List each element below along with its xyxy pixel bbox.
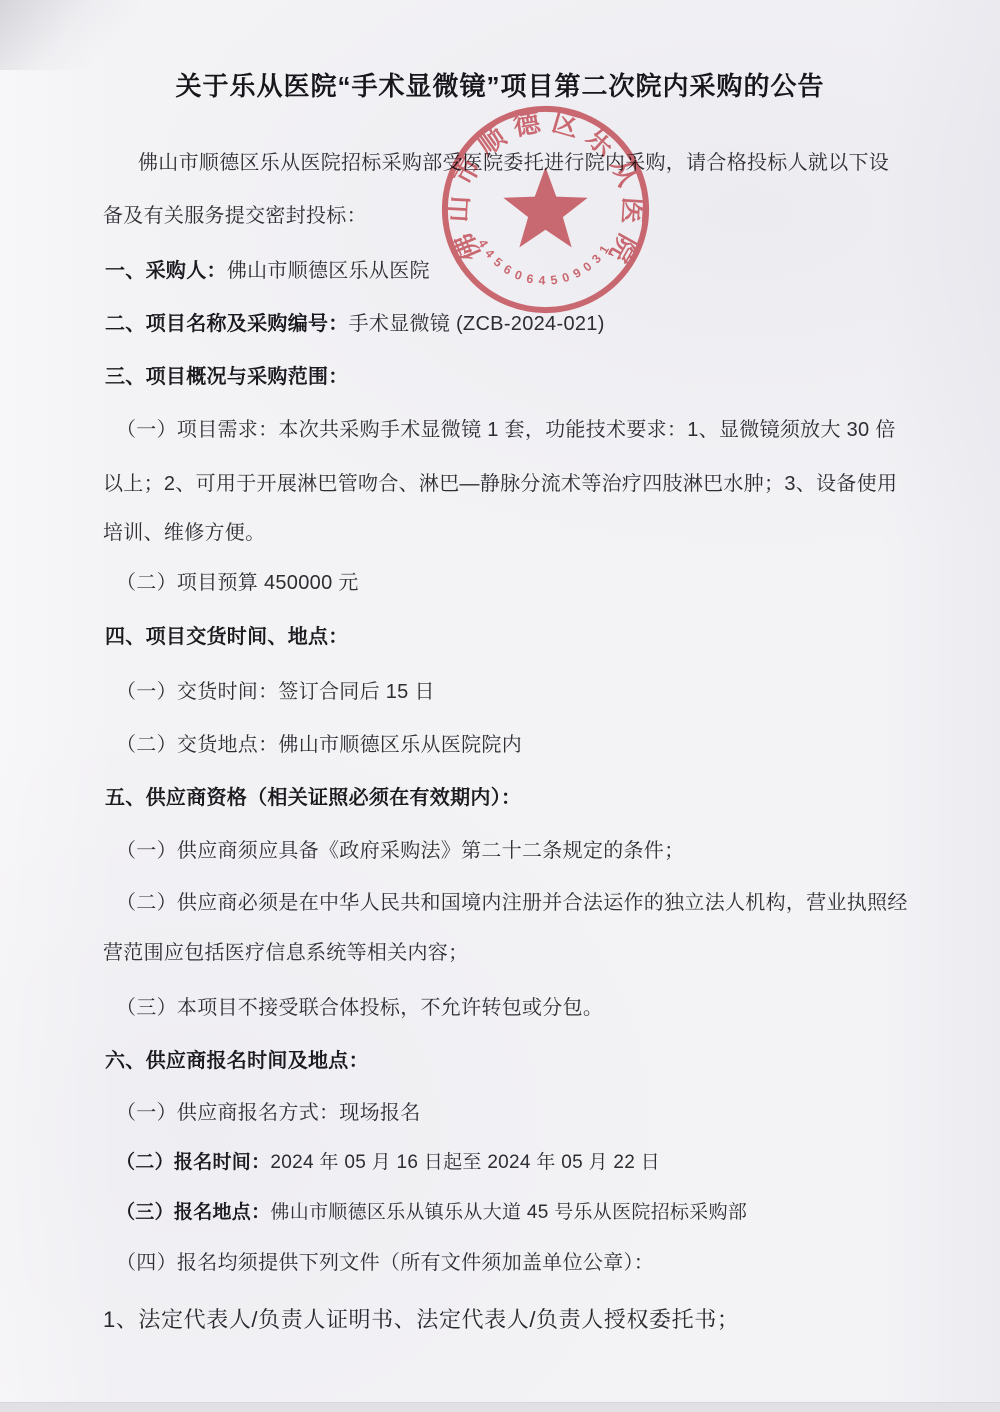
- document-item-1-line: 1、法定代表人/负责人证明书、法定代表人/负责人授权委托书；: [103, 1303, 739, 1334]
- intro-paragraph-line2: 备及有关服务提交密封投标：: [103, 199, 367, 228]
- section-4-delivery-heading: 四、项目交货时间、地点：: [105, 620, 349, 649]
- requirements-line3: 培训、维修方便。: [103, 516, 265, 545]
- delivery-time-line: （一）交货时间：签订合同后 15 日: [116, 675, 435, 704]
- star-icon: [503, 167, 587, 247]
- section-5-heading: 五、供应商资格（相关证照必须在有效期内）：: [105, 787, 521, 809]
- registration-time-line: （二）报名时间：2024 年 05 月 16 日起至 2024 年 05 月 2…: [116, 1147, 660, 1174]
- section-6-registration-heading: 六、供应商报名时间及地点：: [105, 1044, 369, 1073]
- qualification-line4: （三）本项目不接受联合体投标，不允许转包或分包。: [116, 991, 603, 1020]
- scanner-bottom-edge: [0, 1402, 1000, 1412]
- hospital-seal-stamp: 佛山市顺德区乐从医院 4456064509031: [437, 101, 654, 318]
- scanner-corner-shadow: [0, 0, 150, 70]
- registration-place-label: （三）报名地点：: [116, 1202, 270, 1223]
- registration-method-line: （一）供应商报名方式：现场报名: [116, 1096, 421, 1125]
- section-3-heading: 三、项目概况与采购范围：: [105, 366, 349, 388]
- requirements-line1: （一）项目需求：本次共采购手术显微镜 1 套，功能技术要求：1、显微镜须放大 3…: [116, 413, 896, 442]
- document-title: 关于乐从医院“手术显微镜”项目第二次院内采购的公告: [0, 66, 1000, 103]
- section-1-purchaser: 一、采购人：佛山市顺德区乐从医院: [105, 254, 430, 283]
- qualification-line1: （一）供应商须应具备《政府采购法》第二十二条规定的条件；: [116, 834, 684, 863]
- delivery-place-line: （二）交货地点：佛山市顺德区乐从医院院内: [116, 728, 522, 757]
- registration-time-label: （二）报名时间：: [116, 1152, 270, 1173]
- budget-line: （二）项目预算 450000 元: [116, 566, 359, 595]
- qualification-line3: 营范围应包括医疗信息系统等相关内容；: [103, 936, 468, 965]
- section-1-heading: 一、采购人：: [105, 260, 227, 282]
- section-3-overview-heading: 三、项目概况与采购范围：: [105, 360, 349, 389]
- registration-place-value: 佛山市顺德区乐从镇乐从大道 45 号乐从医院招标采购部: [270, 1202, 747, 1223]
- section-6-heading: 六、供应商报名时间及地点：: [105, 1050, 369, 1072]
- section-2-heading: 二、项目名称及采购编号：: [105, 313, 349, 335]
- registration-time-value: 2024 年 05 月 16 日起至 2024 年 05 月 22 日: [270, 1152, 660, 1173]
- section-1-value: 佛山市顺德区乐从医院: [227, 260, 430, 282]
- qualification-line2: （二）供应商必须是在中华人民共和国境内注册并合法运作的独立法人机构，营业执照经: [116, 886, 908, 915]
- scanned-document-page: 关于乐从医院“手术显微镜”项目第二次院内采购的公告 佛山市顺德区乐从医院招标采购…: [0, 0, 1000, 1412]
- section-5-qualification-heading: 五、供应商资格（相关证照必须在有效期内）：: [105, 781, 521, 810]
- stamp-serial-number: 4456064509031: [475, 237, 615, 288]
- required-documents-line: （四）报名均须提供下列文件（所有文件须加盖单位公章）：: [116, 1246, 654, 1275]
- requirements-line2: 以上；2、可用于开展淋巴管吻合、淋巴—静脉分流术等治疗四肢淋巴水肿；3、设备使用: [103, 467, 897, 496]
- registration-place-line: （三）报名地点：佛山市顺德区乐从镇乐从大道 45 号乐从医院招标采购部: [116, 1197, 747, 1224]
- section-4-heading: 四、项目交货时间、地点：: [105, 626, 349, 648]
